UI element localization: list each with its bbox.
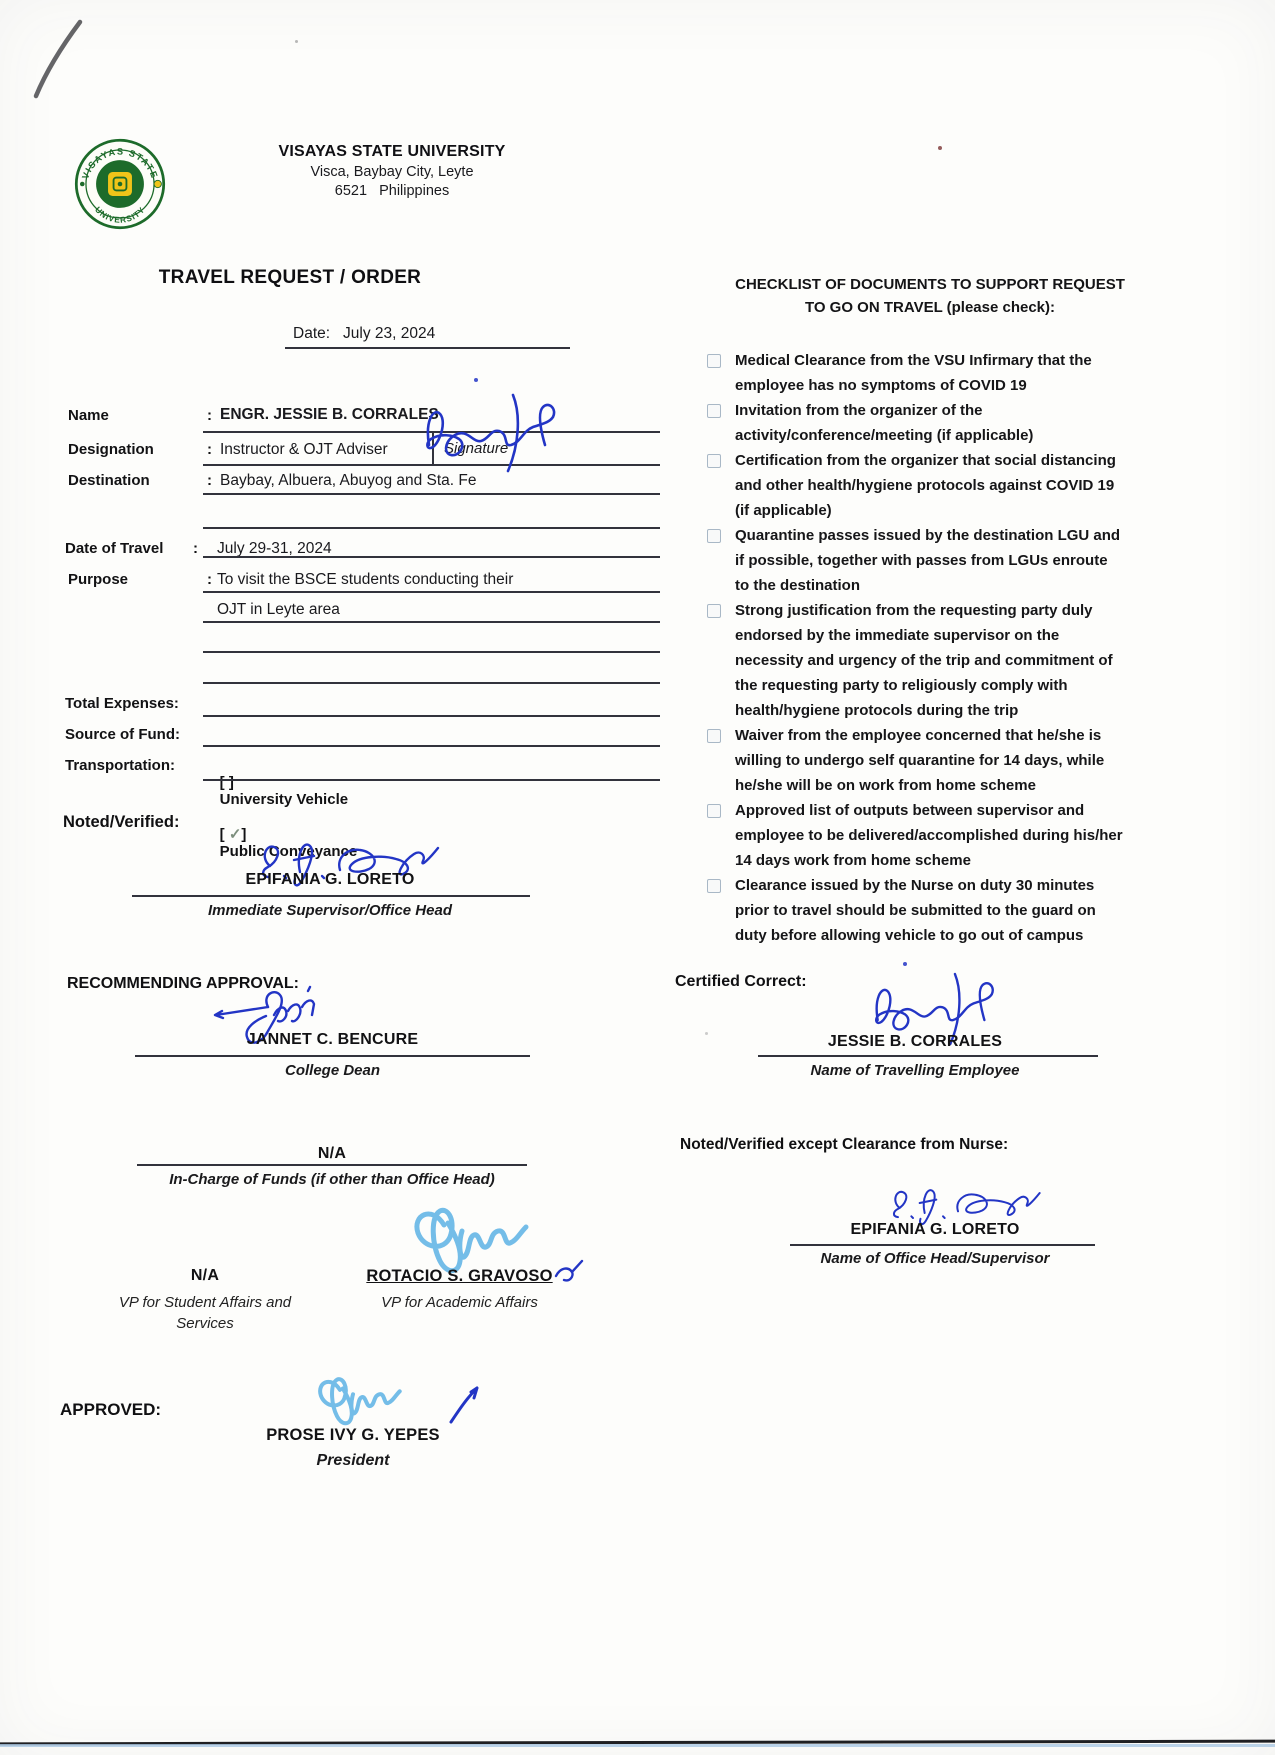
noted-verified-underline — [132, 895, 530, 897]
purpose-value-line2: OJT in Leyte area — [217, 601, 340, 619]
source-of-fund-underline — [203, 745, 660, 747]
page-bottom-edge-blue — [0, 1744, 1275, 1747]
university-address-line1: Visca, Baybay City, Leyte — [242, 164, 542, 180]
noted-verified-name: EPIFANIA G. LORETO — [246, 871, 415, 888]
name-value: ENGR. JESSIE B. CORRALES — [220, 406, 439, 424]
purpose-label: Purpose — [68, 571, 128, 588]
in-charge-of-funds-name: N/A — [318, 1145, 346, 1162]
designation-colon: : — [207, 441, 212, 458]
vp-student-affairs-role-line2: Services — [176, 1315, 234, 1332]
checklist-item: Clearance issued by the Nurse on duty 30… — [704, 873, 1124, 948]
checklist-title-line1: CHECKLIST OF DOCUMENTS TO SUPPORT REQUES… — [710, 273, 1150, 296]
destination-colon: : — [207, 472, 212, 489]
purpose-underline-1 — [203, 591, 660, 593]
approved-role: President — [317, 1452, 390, 1469]
in-charge-of-funds-underline — [137, 1164, 527, 1166]
certified-correct-name: JESSIE B. CORRALES — [828, 1033, 1002, 1050]
approved-name: PROSE IVY G. YEPES — [266, 1426, 440, 1444]
total-expenses-label: Total Expenses: — [65, 695, 179, 712]
checkbox-icon — [707, 879, 721, 893]
date-underline — [285, 347, 570, 349]
scanned-travel-request-form: VISAYAS STATE UNIVERSITY VISAYAS STATE U… — [0, 0, 1275, 1755]
designation-value: Instructor & OJT Adviser — [220, 441, 388, 459]
recommending-approval-name: JANNET C. BENCURE — [247, 1031, 418, 1048]
checklist-item: Approved list of outputs between supervi… — [704, 798, 1124, 873]
scan-speck — [705, 1032, 708, 1035]
noted-verified-except-label: Noted/Verified except Clearance from Nur… — [680, 1136, 1008, 1154]
vp-academic-affairs-name: ROTACIO S. GRAVOSO — [366, 1267, 552, 1285]
date-of-travel-label: Date of Travel — [65, 540, 163, 557]
approved-label: APPROVED: — [60, 1400, 161, 1420]
name-label: Name — [68, 407, 109, 424]
total-expenses-underline — [203, 715, 660, 717]
checkbox-icon — [707, 404, 721, 418]
university-name: VISAYAS STATE UNIVERSITY — [242, 143, 542, 161]
checkbox-icon — [707, 729, 721, 743]
checkbox-icon — [707, 804, 721, 818]
pen-scribble-mark — [18, 8, 98, 108]
certified-correct-role: Name of Travelling Employee — [811, 1062, 1020, 1079]
scan-speck — [295, 40, 298, 43]
vp-student-affairs-name: N/A — [191, 1267, 219, 1284]
destination-underline — [203, 493, 660, 495]
blank-underline — [203, 527, 660, 529]
noted-verified-except-role: Name of Office Head/Supervisor — [821, 1250, 1050, 1267]
university-vehicle-label: University Vehicle — [220, 791, 348, 808]
checklist-title-line2: TO GO ON TRAVEL (please check): — [710, 296, 1150, 319]
name-colon: : — [207, 407, 212, 424]
checkbox-icon — [707, 604, 721, 618]
checklist-item: Strong justification from the requesting… — [704, 598, 1124, 723]
date-of-travel-colon: : — [193, 540, 198, 557]
recommending-approval-role: College Dean — [285, 1062, 380, 1079]
form-title: TRAVEL REQUEST / ORDER — [159, 267, 421, 288]
certified-correct-underline — [758, 1055, 1098, 1057]
noted-verified-except-name: EPIFANIA G. LORETO — [851, 1221, 1020, 1238]
checklist-item: Certification from the organizer that so… — [704, 448, 1124, 523]
date-value: July 23, 2024 — [343, 325, 435, 343]
public-conveyance-checkbox: [ ✓] — [220, 826, 247, 843]
blank-underline — [203, 651, 660, 653]
transportation-label: Transportation: — [65, 757, 175, 774]
noted-verified-except-underline — [790, 1244, 1095, 1246]
certified-correct-label: Certified Correct: — [675, 973, 807, 991]
recommending-approval-underline — [135, 1055, 530, 1057]
designation-label: Designation — [68, 441, 154, 458]
vp-academic-affairs-role: VP for Academic Affairs — [381, 1294, 538, 1311]
source-of-fund-label: Source of Fund: — [65, 726, 180, 743]
date-label: Date: — [293, 325, 330, 343]
scan-speck — [938, 146, 942, 150]
date-of-travel-underline — [203, 556, 660, 558]
checkbox-icon — [707, 454, 721, 468]
checklist-item: Quarantine passes issued by the destinat… — [704, 523, 1124, 598]
purpose-underline-2 — [203, 621, 660, 623]
corrales-signature — [415, 383, 585, 483]
in-charge-of-funds-role: In-Charge of Funds (if other than Office… — [169, 1171, 495, 1188]
university-seal-logo: VISAYAS STATE UNIVERSITY — [74, 138, 166, 230]
noted-verified-label: Noted/Verified: — [63, 813, 179, 832]
yepes-pen-flick — [445, 1382, 485, 1426]
university-address-line2: 6521 Philippines — [242, 183, 542, 199]
destination-value: Baybay, Albuera, Abuyog and Sta. Fe — [220, 472, 477, 490]
purpose-colon: : — [207, 571, 212, 588]
university-vehicle-checkbox: [ ] — [220, 774, 234, 791]
transportation-underline — [203, 779, 660, 781]
checkbox-icon — [707, 354, 721, 368]
checklist-item: Waiver from the employee concerned that … — [704, 723, 1124, 798]
checklist-item: Medical Clearance from the VSU Infirmary… — [704, 348, 1124, 398]
vp-student-affairs-role-line1: VP for Student Affairs and — [119, 1294, 291, 1311]
blank-underline — [203, 682, 660, 684]
letterhead: VISAYAS STATE UNIVERSITY Visca, Baybay C… — [242, 143, 542, 199]
document-checklist: Medical Clearance from the VSU Infirmary… — [704, 348, 1124, 948]
yepes-signature — [295, 1368, 430, 1430]
destination-label: Destination — [68, 472, 150, 489]
checklist-item: Invitation from the organizer of the act… — [704, 398, 1124, 448]
check-mark-icon: ✓ — [229, 826, 242, 843]
checkbox-icon — [707, 529, 721, 543]
purpose-value-line1: To visit the BSCE students conducting th… — [217, 571, 513, 589]
noted-verified-role: Immediate Supervisor/Office Head — [208, 902, 452, 919]
scan-speck — [474, 378, 478, 382]
